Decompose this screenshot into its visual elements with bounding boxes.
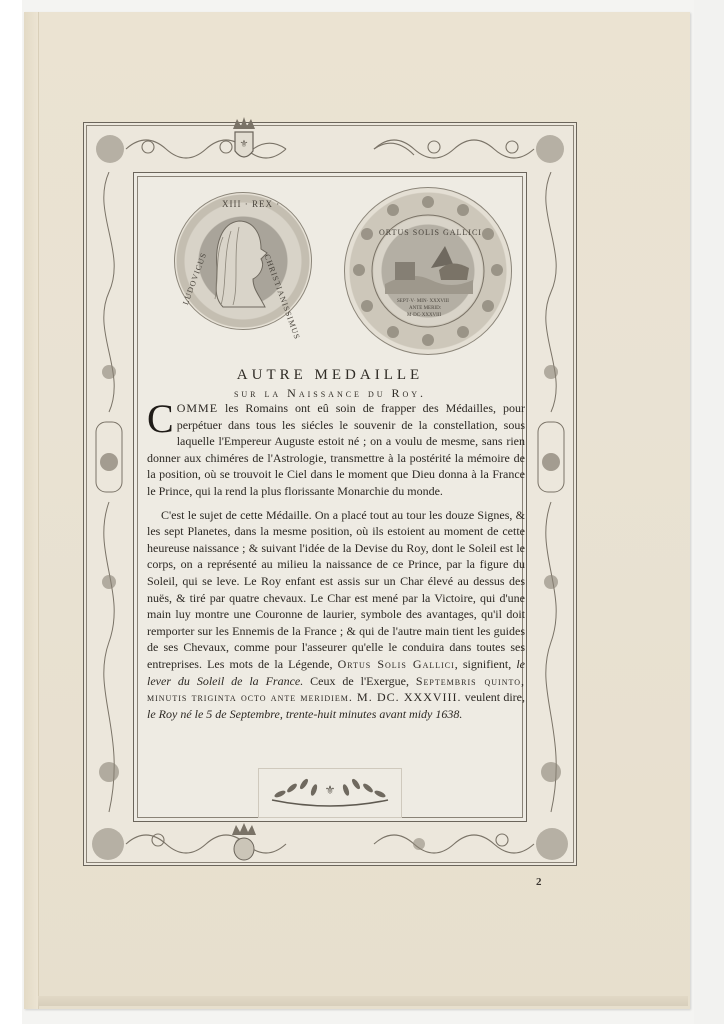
paragraph-1: COMME les Romains ont eû soin de frapper… bbox=[147, 400, 525, 500]
plate-title: AUTRE MEDAILLE bbox=[133, 367, 527, 384]
page-number: 2 bbox=[536, 876, 542, 888]
reverse-exergue-1: SEPT·V· MIN· XXXVIII bbox=[397, 299, 449, 304]
drop-cap: C bbox=[147, 403, 174, 435]
plate-subtitle: sur la Naissance du Roy. bbox=[133, 386, 527, 401]
svg-text:⚜: ⚜ bbox=[325, 783, 336, 797]
paragraph-2-text-d: veulent dire, bbox=[462, 690, 525, 704]
paragraph-2-text-a: C'est le sujet de cette Médaille. On a p… bbox=[147, 508, 525, 671]
reverse-legend: ORTUS SOLIS GALLICI bbox=[379, 228, 482, 237]
reverse-exergue-2: ANTE MERID: bbox=[409, 306, 441, 311]
reverse-exergue-3: M·DC·XXXVIII bbox=[407, 313, 441, 318]
page-gutter bbox=[24, 12, 39, 1009]
laurel-branch-fleur-de-lis-icon: ⚜ bbox=[258, 768, 402, 818]
plate-description: COMME les Romains ont eû soin de frapper… bbox=[147, 400, 525, 729]
bottom-scrollwork-icon bbox=[86, 822, 574, 864]
svg-text:⚜: ⚜ bbox=[240, 139, 249, 150]
scan-background-right bbox=[694, 0, 724, 1024]
crown-shield-icon: ⚜ bbox=[229, 117, 259, 167]
page-edge-shadow bbox=[38, 996, 688, 1006]
crown-monogram-icon bbox=[228, 823, 260, 863]
obverse-legend-left: LUDOVICUS bbox=[181, 251, 208, 306]
exergue-meaning: le Roy né le 5 de Septembre, trente-huit… bbox=[147, 707, 462, 721]
paragraph-2-text-b: , signifient, bbox=[455, 657, 517, 671]
medal-obverse: XIII · REX · CHRISTIANISSIMUS LUDOVICUS bbox=[174, 192, 312, 330]
paragraph-2: C'est le sujet de cette Médaille. On a p… bbox=[147, 507, 525, 723]
obverse-legend-top: XIII · REX · bbox=[222, 199, 280, 209]
top-scrollwork-icon bbox=[86, 125, 574, 172]
scan-background-left bbox=[0, 0, 22, 1024]
left-side-panel-icon bbox=[86, 172, 132, 822]
paragraph-2-text-c: Ceux de l'Exergue, bbox=[303, 674, 416, 688]
chariot-zodiac-icon bbox=[381, 240, 475, 296]
legend-quote: Ortus Solis Gallici bbox=[338, 657, 455, 671]
lead-word: OMME bbox=[177, 401, 218, 415]
paragraph-1-text: les Romains ont eû soin de frapper des M… bbox=[147, 401, 525, 498]
right-side-panel-icon bbox=[528, 172, 574, 822]
medal-reverse: ORTUS SOLIS GALLICI SEPT·V· MIN· XXXVIII… bbox=[344, 187, 512, 355]
